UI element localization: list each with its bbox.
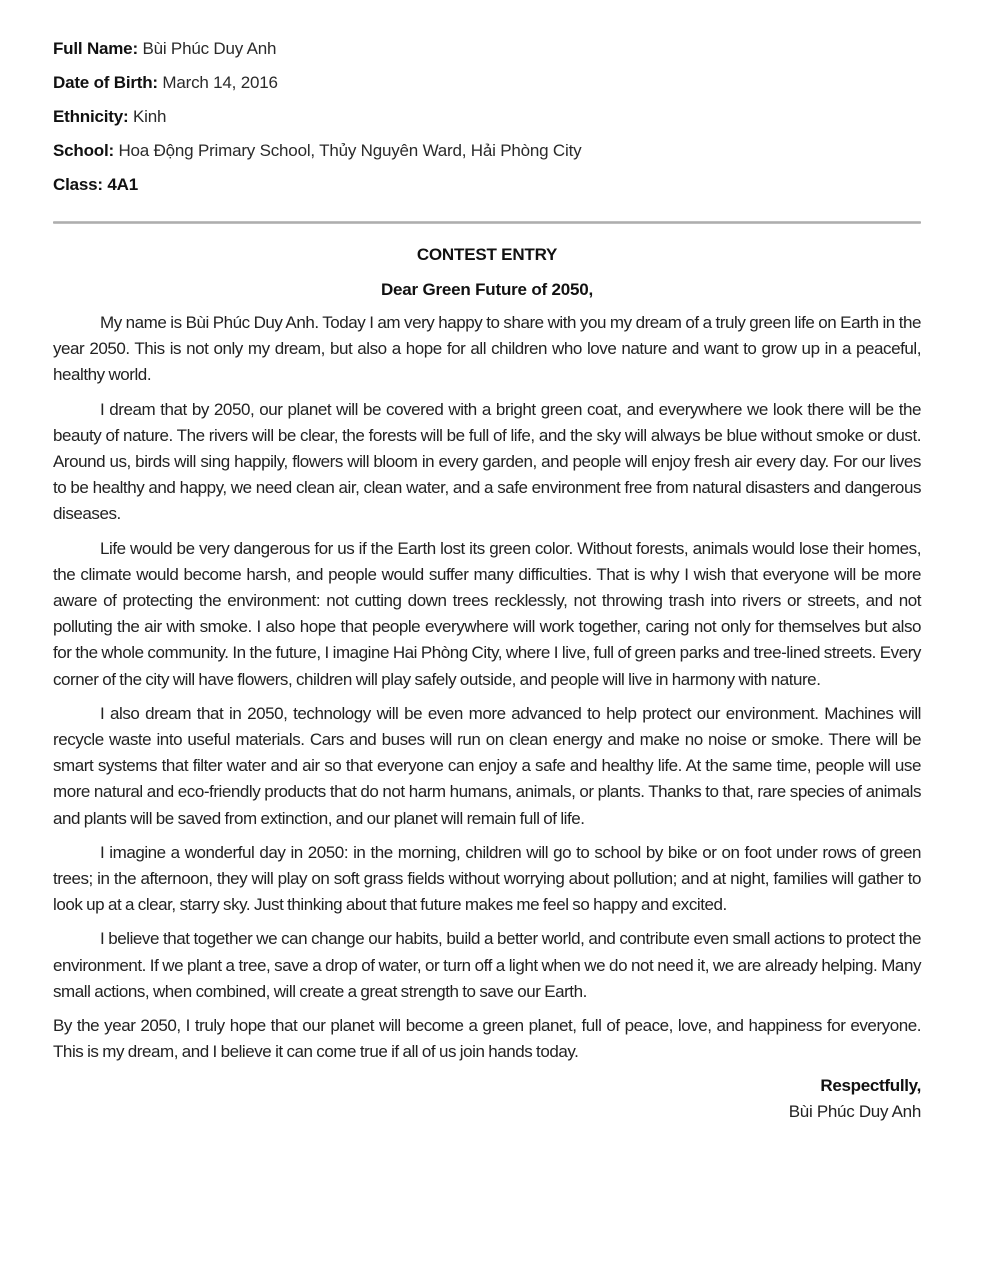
full-name-value: Bùi Phúc Duy Anh — [142, 39, 276, 58]
class-label: Class: — [53, 175, 103, 194]
full-name-line: Full Name: Bùi Phúc Duy Anh — [53, 32, 921, 66]
date-of-birth-line: Date of Birth: March 14, 2016 — [53, 66, 921, 100]
paragraph-7: By the year 2050, I truly hope that our … — [53, 1013, 921, 1065]
letter-salutation: Dear Green Future of 2050, — [53, 277, 921, 303]
class-value: 4A1 — [107, 175, 138, 194]
full-name-label: Full Name: — [53, 39, 138, 58]
document-page: Full Name: Bùi Phúc Duy Anh Date of Birt… — [53, 32, 921, 1125]
ethnicity-value: Kinh — [133, 107, 166, 126]
ethnicity-label: Ethnicity: — [53, 107, 128, 126]
horizontal-divider — [53, 221, 921, 224]
paragraph-5: I imagine a wonderful day in 2050: in th… — [53, 840, 921, 919]
class-line: Class: 4A1 — [53, 168, 921, 202]
paragraph-3: Life would be very dangerous for us if t… — [53, 536, 921, 693]
paragraph-6: I believe that together we can change ou… — [53, 926, 921, 1005]
student-info-block: Full Name: Bùi Phúc Duy Anh Date of Birt… — [53, 32, 921, 202]
ethnicity-line: Ethnicity: Kinh — [53, 100, 921, 134]
closing-phrase: Respectfully, — [53, 1073, 921, 1099]
letter-body: My name is Bùi Phúc Duy Anh. Today I am … — [53, 310, 921, 1065]
school-line: School: Hoa Động Primary School, Thủy Ng… — [53, 134, 921, 168]
date-of-birth-label: Date of Birth: — [53, 73, 158, 92]
paragraph-2: I dream that by 2050, our planet will be… — [53, 397, 921, 528]
school-label: School: — [53, 141, 114, 160]
contest-entry-title: CONTEST ENTRY — [53, 242, 921, 268]
paragraph-1: My name is Bùi Phúc Duy Anh. Today I am … — [53, 310, 921, 389]
school-value: Hoa Động Primary School, Thủy Nguyên War… — [118, 141, 581, 160]
paragraph-4: I also dream that in 2050, technology wi… — [53, 701, 921, 832]
date-of-birth-value: March 14, 2016 — [162, 73, 277, 92]
signature-name: Bùi Phúc Duy Anh — [53, 1099, 921, 1125]
